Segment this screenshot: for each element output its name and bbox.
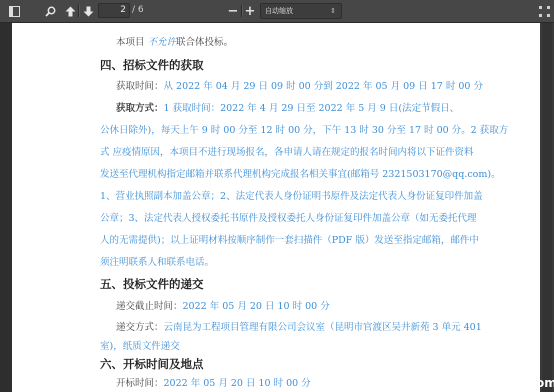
get-method-line-1: 获取方式：1 获取时间：2022 年 4 月 29 日至 2022 年 5 月 … — [116, 103, 459, 115]
get-method-line-8: 须注明联系人和联系电话。 — [100, 257, 214, 269]
previous-page-button[interactable] — [62, 3, 78, 19]
text: 联合体投标。 — [176, 37, 233, 48]
submit-method-line: 递交方式：云南昆为工程项目管理有限公司会议室（昆明市官渡区吴井新苑 3 单元 4… — [116, 322, 482, 334]
zoom-out-button[interactable]: − — [225, 3, 241, 19]
zoom-in-button[interactable]: + — [242, 3, 258, 19]
get-time-line: 获取时间：从 2022 年 04 月 29 日 09 时 00 分到 2022 … — [116, 81, 483, 93]
get-method-line-2: 公休日除外)，每天上午 9 时 00 分至 12 时 00 分，下午 13 时 … — [100, 125, 508, 137]
fullscreen-icon — [539, 6, 550, 17]
zoom-level-select[interactable]: 自动缩放 ⇕ — [260, 3, 342, 19]
text: 本项目 — [116, 37, 148, 48]
pdf-page: 本项目 不允许联合体投标。 四、招标文件的获取 获取时间：从 2022 年 04… — [12, 23, 540, 392]
page-total-label: / 6 — [132, 5, 144, 15]
label: 开标时间： — [116, 378, 164, 389]
arrow-down-icon — [83, 6, 94, 17]
label: 获取方式： — [116, 103, 164, 114]
get-method-line-7: 人的无需提供)；以上证明材料按顺序制作一套扫描件（PDF 版）发送至指定邮箱，邮… — [100, 235, 479, 247]
search-button[interactable] — [42, 3, 58, 19]
get-method-line-4: 发送至代理机构指定邮箱并联系代理机构完成报名相关事宜(邮箱号 232150317… — [100, 169, 501, 181]
next-page-button[interactable] — [80, 3, 96, 19]
value: 云南昆为工程项目管理有限公司会议室（昆明市官渡区吴井新苑 3 单元 401 — [164, 322, 482, 333]
sidebar-gutter — [0, 23, 12, 392]
label: 递交方式： — [116, 322, 164, 333]
open-time-line: 开标时间：2022 年 05 月 20 日 10 时 00 分 — [116, 378, 311, 390]
sidebar-icon — [9, 6, 20, 17]
sidebar-toggle-button[interactable] — [6, 3, 22, 19]
section-heading-6: 六、开标时间及地点 — [100, 358, 204, 370]
value: 1 获取时间：2022 年 4 月 29 日至 2022 年 5 月 9 日(法… — [164, 103, 460, 114]
fullscreen-button[interactable] — [536, 3, 552, 19]
vertical-scrollbar[interactable] — [542, 23, 552, 392]
section-heading-5: 五、投标文件的递交 — [100, 278, 204, 290]
zoom-level-value: 自动缩放 — [265, 7, 293, 15]
value: 2022 年 05 月 20 日 10 时 00 分 — [164, 378, 311, 389]
pdf-toolbar: 2 / 6 − + 自动缩放 ⇕ — [0, 0, 554, 23]
get-method-line-5: 1、营业执照副本加盖公章；2、法定代表人身份证明书原件及法定代表人身份证复印件加… — [100, 191, 483, 203]
search-icon — [45, 6, 56, 17]
highlight-text: 不允许 — [148, 37, 177, 48]
select-arrows-icon: ⇕ — [330, 4, 336, 18]
get-method-line-3: 式 应疫情原因，本项目不进行现场报名，各申请人请在规定的报名时间内将以下证件资料 — [100, 147, 474, 159]
section-heading-4: 四、招标文件的获取 — [100, 59, 204, 71]
deadline-line: 递交截止时间：2022 年 05 月 20 日 10 时 00 分 — [116, 301, 330, 313]
value: 2022 年 05 月 20 日 10 时 00 分 — [183, 301, 330, 312]
watermark-text: om — [536, 376, 554, 390]
get-method-line-6: 公章；3、法定代表人授权委托书原件及授权委托人身份证复印件加盖公章（如无委托代理 — [100, 213, 477, 225]
submit-method-cont: 室)，纸质文件递交 — [100, 341, 180, 353]
label: 获取时间： — [116, 81, 164, 92]
label: 递交截止时间： — [116, 301, 183, 312]
consortium-line: 本项目 不允许联合体投标。 — [116, 37, 233, 49]
value: 从 2022 年 04 月 29 日 09 时 00 分到 2022 年 05 … — [164, 81, 483, 92]
arrow-up-icon — [65, 6, 76, 17]
page-number-input[interactable]: 2 — [98, 3, 130, 18]
